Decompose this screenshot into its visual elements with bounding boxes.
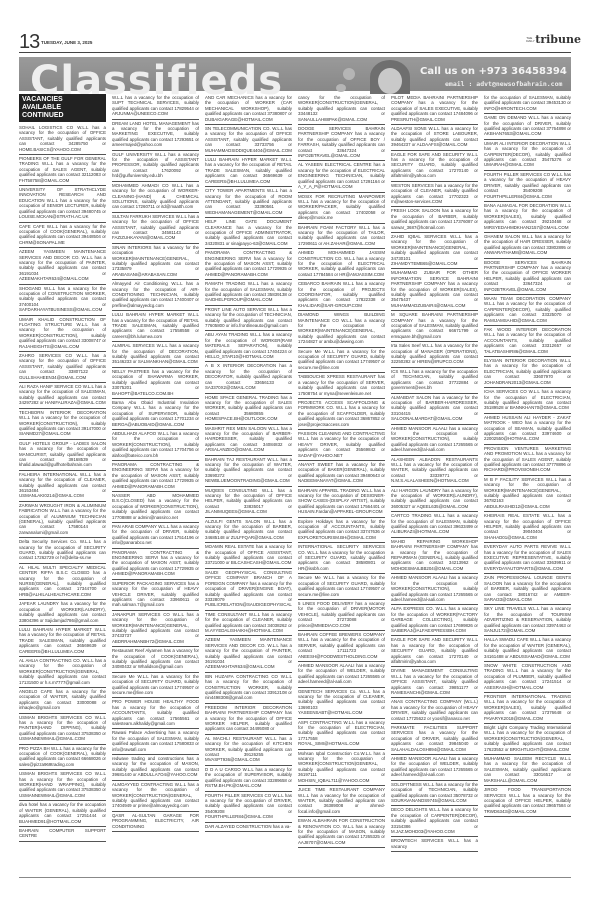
classified-ad: AHMED MANSOOR ALAALI has a vacancy for t… xyxy=(391,574,478,605)
classified-ad: HALLA SWADU CAFE W.L.L has a vacancy for… xyxy=(484,636,571,662)
classified-ad: A B X INTERIOR DECORATION has a vacancy … xyxy=(205,362,292,393)
classified-ad: Mohsan Iqbal Construction Co.W.L.L has a… xyxy=(298,750,385,786)
classified-ad: MOHAMMED AHMADI CO W.L.L has a vacancy f… xyxy=(112,182,199,213)
classified-ad: Barna Abu Obaid Industrial Insulation Co… xyxy=(112,399,199,430)
classified-ad: GULF HOTELS GROUP - LADIES SALON has a v… xyxy=(19,440,106,471)
column-4: cancy for the occupation of WORKER(CONST… xyxy=(298,94,385,876)
column-3: AND CAR MECHANICS has a vacancy for the … xyxy=(205,94,292,876)
classified-ad: MUHAMMAD ZUBAIR FOR OTHER INFORMATION SE… xyxy=(391,269,478,311)
classified-ad: PILOT MEDIA BAHRAINI PARTNERSHIP COMPANY… xyxy=(391,94,478,125)
classified-ad: GENETECH SERVICES Co. W.L.L has a vacanc… xyxy=(298,688,385,719)
classified-ad: BAHRAIN COMPUTER SUPPORT CENTRE xyxy=(19,827,106,842)
classified-ad: ZAHID IQBAL SERVICES W.L.L has a vacancy… xyxy=(391,233,478,269)
classified-ad: DIVINE MANAGEMENT CONSULTING W.L.L has a… xyxy=(391,667,478,698)
classified-ad: cancy for the occupation of WORKER(CONST… xyxy=(298,94,385,125)
classified-ad: for the occupation of SALESMAN, suitably… xyxy=(484,94,571,114)
classified-ad: M B F FACILITY SERVICES W.L.L has a vaca… xyxy=(484,476,571,512)
classified-ad: FOURTH PILLER SERVICES CO W.L.L has a va… xyxy=(484,171,571,202)
column-2: W.L.L has a vacancy for the occupation o… xyxy=(112,94,199,876)
email-text: email : advt@newsofbahrain.com xyxy=(445,80,562,88)
classified-ad: ICHA SERVICES CO W.L.L has a vacancy for… xyxy=(484,388,571,414)
classified-ad: DECO DELIGHTS W.L.L has a vacancy for th… xyxy=(391,806,478,837)
classified-ad: SKY LINE TRAVELS W.L.L has a vacancy for… xyxy=(484,605,571,636)
classified-ad: USMAN BRIGHTS SERVICES CO W.L.L has a va… xyxy=(19,770,106,801)
classified-ad: DIAMOND WINGS BUILDING MAINTENANCE CO W.… xyxy=(298,311,385,347)
classified-ad: 5 LINES FOOD DELIVERY has a vacancy for … xyxy=(298,600,385,631)
classified-ad: EVERYDAY AUTO PARTS REVIVE W.L.L has a v… xyxy=(484,543,571,574)
classified-ad: SUPERIOR PACKAGING SERVICES has a vacanc… xyxy=(112,580,199,611)
classified-ad: SOLOFITNESS W.L.L has a vacancy for the … xyxy=(391,781,478,807)
classified-ad: UNIVERSITY OF STRATHCLYDE INNOVATION RES… xyxy=(19,186,106,222)
classified-ad: ANGELO CAFE has a vacancy for the occupa… xyxy=(19,688,106,714)
classified-ad: PANORAMA CONTRACTING & ENGINEERING SERVI… xyxy=(205,249,292,280)
classified-ad: ALZULFI GENTS SALON W.L.L has a vacancy … xyxy=(205,518,292,544)
classified-ad: BAHRAIN FOAM FACTORY W.L.L has a vacancy… xyxy=(298,224,385,250)
classified-ad: PARKMATE FACILITIES SUPPORT SERVICES has… xyxy=(391,724,478,755)
classified-ad: Explore Holidays has a vacancy for the o… xyxy=(298,518,385,544)
classified-ad: SULTAN FARRUKH SERVICES W.L.L has a vaca… xyxy=(112,213,199,244)
logo-text: tribune xyxy=(535,33,581,46)
page-number: 13 xyxy=(19,31,39,54)
classified-ad: JAFEAR LAUNDRY has a vacancy for the occ… xyxy=(19,600,106,626)
classified-ad: UMAIR ALI INTERIOR DECORATION W.L.L has … xyxy=(484,140,571,171)
classified-ad: AZEEM YASMEEN MAINTENANCE SERVICES AND D… xyxy=(205,636,292,672)
classified-ad: Almayyed Air Conditioning W.L.L has a va… xyxy=(112,280,199,311)
footer-rule xyxy=(19,877,571,878)
classified-ad: USMAN BRIGHTS SERVICES CO W.L.L has a va… xyxy=(19,714,106,745)
classified-ad: PIONEERS OF THE GULF FOR GENERAL TRADING… xyxy=(19,155,106,186)
classified-ad: JUICE TIME RESTAURANT COMPANY W.L.L has … xyxy=(298,786,385,817)
classified-ad: PANORAMA CONTRACTING & ENGINEERING SERVI… xyxy=(112,461,199,492)
classified-ad: CAFE CAFE W.L.L has a vacancy for the oc… xyxy=(19,223,106,249)
page-header: 13 TUESDAY, JUNE 3, 2025 xyxy=(19,30,271,54)
classified-ad: AND CAR MECHANICS has a vacancy for the … xyxy=(205,94,292,125)
chat-bubble-icon xyxy=(336,84,346,92)
classified-ad: AHMED MOHAMMED JASSIM CONSTRUCTION CO. W… xyxy=(298,249,385,280)
classified-ad: FREEDOM INTERIOR DECORATION BAHRAINI PAR… xyxy=(205,704,292,735)
classified-ad: GULF UNIVERSITY W.L.L has a vacancy for … xyxy=(112,151,199,182)
classified-ad: AHMED MANSOOR ALAALI has a vacancy for t… xyxy=(391,755,478,781)
classified-ad: AHMED MANSOOR ALAALI has a vacancy for t… xyxy=(391,425,478,456)
classified-ad: ALMABDAT SALON has a vacancy for the occ… xyxy=(391,394,478,425)
classified-ad: ZAIN PROFESSIONAL LOUNGE GENTS SALOON ha… xyxy=(484,574,571,605)
classified-ad: W.L.L has a vacancy for the occupation o… xyxy=(112,94,199,120)
classified-ad: PRO PIZZA BH W.L.L has a vacancy for the… xyxy=(19,745,106,771)
classified-ad: WESTON SERVICES has a vacancy for the oc… xyxy=(391,182,478,208)
classified-ad: BAHRAIN APPAREL TRADING W.L.L has a vaca… xyxy=(298,487,385,518)
classified-ad: ABDULHADI ALAFOO W.L.L has a vacancy for… xyxy=(112,430,199,461)
classified-ad: MAHID REPAIRING WORKSHOP BAHRAINI PARTNE… xyxy=(391,538,478,574)
classified-ad: TIME CONSULTANT W.L.L has a vacancy for … xyxy=(205,611,292,637)
classified-ad: FRESH LOOK SALOON has a vacancy for the … xyxy=(391,207,478,233)
section-title: VACANCIES AVAILABLE CONTINUED xyxy=(19,94,106,122)
classified-ad: MOSIX FOR RECRUITING MANPOWER W.L.L has … xyxy=(298,193,385,224)
classified-ad: Restaurant Reef Alyamen has a vacancy fo… xyxy=(112,647,199,673)
classified-ad: redwave trading and constructions has a … xyxy=(112,755,199,781)
classified-ad: Rawasi Palace Advertising has a vacancy … xyxy=(112,729,199,755)
classified-ad: AL MACHLI RESTAURANT W.L.L has a vacancy… xyxy=(205,735,292,766)
classified-columns: VACANCIES AVAILABLE CONTINUED SOHAIL LOG… xyxy=(19,94,571,876)
classified-ad: UMAIR KHALID CONSTRUCTION OF FLOATING ST… xyxy=(19,316,106,352)
classified-ad: QASR AL-SULTAN GARAGE FOR PROGRAMMING, E… xyxy=(112,812,199,832)
classified-ad: BANA ALMAGAL FOR DECORATION W.L.L has a … xyxy=(484,202,571,233)
classified-ad: FAK WOOD INTERIOR DECORATION W.L.L has a… xyxy=(484,326,571,357)
classified-ad: PRO POWER HOUSE HEALTHY FOOD has a vacan… xyxy=(112,698,199,729)
classified-ad: Secure Me W.L.L has a vacancy for the oc… xyxy=(112,673,199,699)
classified-ad: AHMED MANSOOR ALAALI has a vacancy for t… xyxy=(298,662,385,688)
classified-ad: DREAM LAND HOTEL MANAGEMENT has a vacanc… xyxy=(112,120,199,151)
classified-ad: AZEEM YASMEEN MAINTENANCE SERVICES AND D… xyxy=(19,248,106,284)
classified-ad: KHEIRAIS REAL ESTATE W.L.L has a vacancy… xyxy=(484,512,571,543)
classified-ad: PROJECTS ACCESS SCAFFOLDING & FORMWORK C… xyxy=(298,399,385,430)
classified-ad: ZAHRO SERVICES CO W.L.L has a vacancy fo… xyxy=(19,352,106,383)
classified-ad: NELLY PASTRIES has a vacancy for the occ… xyxy=(112,368,199,399)
classified-ad: ALDAAFSI SONS W.L.L has a vacancy for th… xyxy=(391,125,478,151)
classified-ad: TECHBORN INTERIOR DECORATION W.L.L has a… xyxy=(19,409,106,440)
classified-ad: ALFA EXPRESS CO. W.L.L has a vacancy for… xyxy=(391,605,478,636)
classified-ad: LULU BAHRAIN HYPER MARKET W.L.L has a va… xyxy=(19,626,106,657)
classified-ad: Secure Me W.L.L has a vacancy for the oc… xyxy=(298,574,385,600)
classified-ad: JIROO FOOD TRANSPORTATION SERVICES W.L.L… xyxy=(484,786,571,817)
classified-ad: ZARWAN WROUGHT IRON & ALUMINIUM FABRICAT… xyxy=(19,502,106,538)
classified-ad: D D A U CARGO W.L.L has a vacancy for th… xyxy=(205,766,292,792)
classified-ad: SNOW WHITE CONSTRUCTION AND TRADING W.L.… xyxy=(484,662,571,693)
classified-ad: Delta Security Services Co. W.L.L has a … xyxy=(19,538,106,564)
classified-ad: EAGLE FOR SAFE AND SECURITY W.L.L has a … xyxy=(391,636,478,667)
classified-ad: EWAN ALBAHRAIN FOR CONSTRUCTION & RENOVA… xyxy=(298,817,385,848)
classified-ad: BOOGE SERVICES BAHRAIN PARTNERSHIP COMPA… xyxy=(484,259,571,295)
classified-ad: AL YASEEN ELECTRICAL CENTRE has a vacanc… xyxy=(298,161,385,192)
classified-ad: Bright Light Company Trading Internation… xyxy=(484,724,571,755)
classified-ad: ASPI CONTRACTING W.L.L has a vacancy for… xyxy=(298,719,385,750)
classified-ad: MASHRIT REX MEN SALOON W.L.L has a vacan… xyxy=(205,425,292,456)
classified-ad: CITY TOWER APARTMENTS W.L.L has a vacanc… xyxy=(205,187,292,218)
column-6: for the occupation of SALESMAN, suitably… xyxy=(484,94,571,876)
classified-ad: FRONTIER INTERNATIONAL TRADING W.L.L has… xyxy=(484,693,571,724)
logo-small-text: THE DAILY xyxy=(526,37,534,43)
classified-ad: ALMIRAL SERVICES W.L.L has a vacancy for… xyxy=(112,342,199,368)
classified-ad: SOHAIL LOGISTICS CO W.L.L has a vacancy … xyxy=(19,124,106,155)
classified-ad: LULU BAHRAIN HYPER MARKET W.L.L has a va… xyxy=(112,311,199,342)
classified-ad: FOURTH PILLER SERVICES CO W.L.L has a va… xyxy=(205,792,292,823)
classified-ad: CARTCO TRADING W.L.L has a vacancy for t… xyxy=(391,512,478,538)
column-1: VACANCIES AVAILABLE CONTINUED SOHAIL LOG… xyxy=(19,94,106,876)
classified-ad: ELYSIAN INTERIOR DECORATION W.L.L has a … xyxy=(484,357,571,388)
classified-ad: BAHRAIN COFFEE BREWERS COMPANY W.L.L has… xyxy=(298,631,385,662)
classified-ad: RAMATH TRADING W.L.L has a vacancy for t… xyxy=(205,280,292,306)
classified-ad: MAAN TEAM DECORATION COMPANY W.L.L has a… xyxy=(484,295,571,326)
classified-ad: MOAMIN REAL ESTATE has a vacancy for the… xyxy=(205,543,292,569)
classified-ad: SINAN INTERIORS has a vacancy for the oc… xyxy=(112,244,199,280)
classified-ad: AL HILAL MULTI SPECIALTY MEDICAL CENTER … xyxy=(19,564,106,600)
classified-ad: MUHAMMAD SALEEM RECYCLE W.L.L has a vaca… xyxy=(484,755,571,786)
classified-ad: ALASHEEN ALBADON RESTAURANTS W.L.L has a… xyxy=(391,456,478,487)
classified-ad: BAHRAIN TAJ RESTAURANT W.L.L has a vacan… xyxy=(205,456,292,487)
classified-ad: EAGLE FOR SAFE AND SECURITY W.L.L has a … xyxy=(391,151,478,182)
classified-ad: FRONT LINE AUTO SERVICE W.L.L has a vaca… xyxy=(205,306,292,332)
classified-ad: M SQUARE BAHRAINI PARTNERSHIP COMPANY ha… xyxy=(391,311,478,342)
classified-ad: DOOGE SERVICES BAHRAIN PARTNERSHIP COMPA… xyxy=(298,125,385,161)
classified-ad: INTERNATIONAL SECURITY SERVICES CO. W.L.… xyxy=(298,543,385,574)
classified-ad: ICS W.L.L has a vacancy for the occupati… xyxy=(391,368,478,394)
classified-ad: AHMED HUSSAIN ALI HAYDER - ZAKAT MATROOK… xyxy=(484,414,571,445)
classified-ad: Secure Me W.L.L has a vacancy for the oc… xyxy=(298,348,385,374)
publication-date: TUESDAY, JUNE 3, 2025 xyxy=(41,40,92,45)
classified-ad: CEBARCO BAHRAIN W.L.L has a vacancy for … xyxy=(298,280,385,311)
classified-ad: PAN ARAB COMPANY W.L.L has a vacancy for… xyxy=(112,523,199,549)
column-5: PILOT MEDIA BAHRAINI PARTNERSHIP COMPANY… xyxy=(391,94,478,876)
classified-ad: IBN HUZAIFA CONTRACTING CO W.L.L has a v… xyxy=(205,673,292,704)
classified-ad: PANORAMA CONTRACTING & ENGINEERING SERVI… xyxy=(112,549,199,580)
classified-ad: HOME SPACE GENERAL TRADING has a vacancy… xyxy=(205,394,292,425)
classified-ad: SN TELECOMMUNICATION CO. W.L.L has a vac… xyxy=(205,125,292,156)
classified-ad: MUQEES CONSULTING W.L.L has a vacancy fo… xyxy=(205,487,292,518)
classified-ad: ALI RAZA HANIF SERVICE CO W.L.L has a va… xyxy=(19,383,106,409)
classified-ad: SHOGAND W.L.L has a vacancy for the occu… xyxy=(19,285,106,316)
classified-ad: ALI HARGON LAUNDRY has a vacancy for the… xyxy=(391,487,478,513)
call-us-text: Call us on +973 36458394 xyxy=(420,66,567,77)
classified-ad: GHANEM SALON W.L.L has a vacancy for the… xyxy=(484,233,571,259)
classified-ad: SAUDI GEOPHYSICAL CONSULTING OFFICE COMP… xyxy=(205,569,292,611)
classified-ad: ALMOAYYED CONTRACTING W.L.L has a vacanc… xyxy=(112,781,199,812)
classified-ad: GAME ON DEMAND W.L.L has a vacancy for t… xyxy=(484,114,571,140)
classified-ad: NASSER ABD MOHAMMED B.S.C(CLOSED) has a … xyxy=(112,492,199,523)
agent-face-icon xyxy=(378,68,402,94)
classified-ad: PROVISION VENTURES MARKETING AND PROMOTI… xyxy=(484,445,571,476)
classified-ad: FALHEIRA INTERNATIONAL W.L.L has a vacan… xyxy=(19,471,106,502)
classified-ad: PASSION CLEANING AND CONTRACTING W.L.L h… xyxy=(298,430,385,461)
classified-ad: ABU AYAN TRADING W.L.L has a vacancy for… xyxy=(205,331,292,362)
classified-ad: ANAS CONTRACTING COMPANY (W.L.L) has a v… xyxy=(391,698,478,724)
classified-ad: TABBOUCHE XPRESS RESTAURANT has a vacanc… xyxy=(298,373,385,399)
classified-ad: DAR ALZAYED CONSTRUCTION has a va- xyxy=(205,823,292,832)
header-rule xyxy=(19,52,571,53)
classified-ad: LULU BAHRAIN HYPER MARKET W.L.L has a va… xyxy=(205,156,292,187)
tribune-logo: THE DAILYtribune xyxy=(526,33,581,46)
classified-ad: ANAYAT SWEET has a vacancy for the occup… xyxy=(298,461,385,487)
classified-ad: JANAKPUR SERVICES CO W.L.L has a vacancy… xyxy=(112,611,199,647)
email-bubble-icon xyxy=(343,68,355,80)
classified-ad: BROWTECH SERVICES W.L.L has a vacancy xyxy=(391,837,478,852)
classified-ad: Irta Sales Seef W.L.L has a vacancy for … xyxy=(391,342,478,368)
classified-ad: AL AHLIA CONTRACTING CO. W.L.L has a vac… xyxy=(19,657,106,688)
classified-ad: diva hotel has a vacancy for the occupat… xyxy=(19,801,106,827)
classified-ad: HELP LINE GATE DOCUMENT CLEARANCE has a … xyxy=(205,218,292,249)
